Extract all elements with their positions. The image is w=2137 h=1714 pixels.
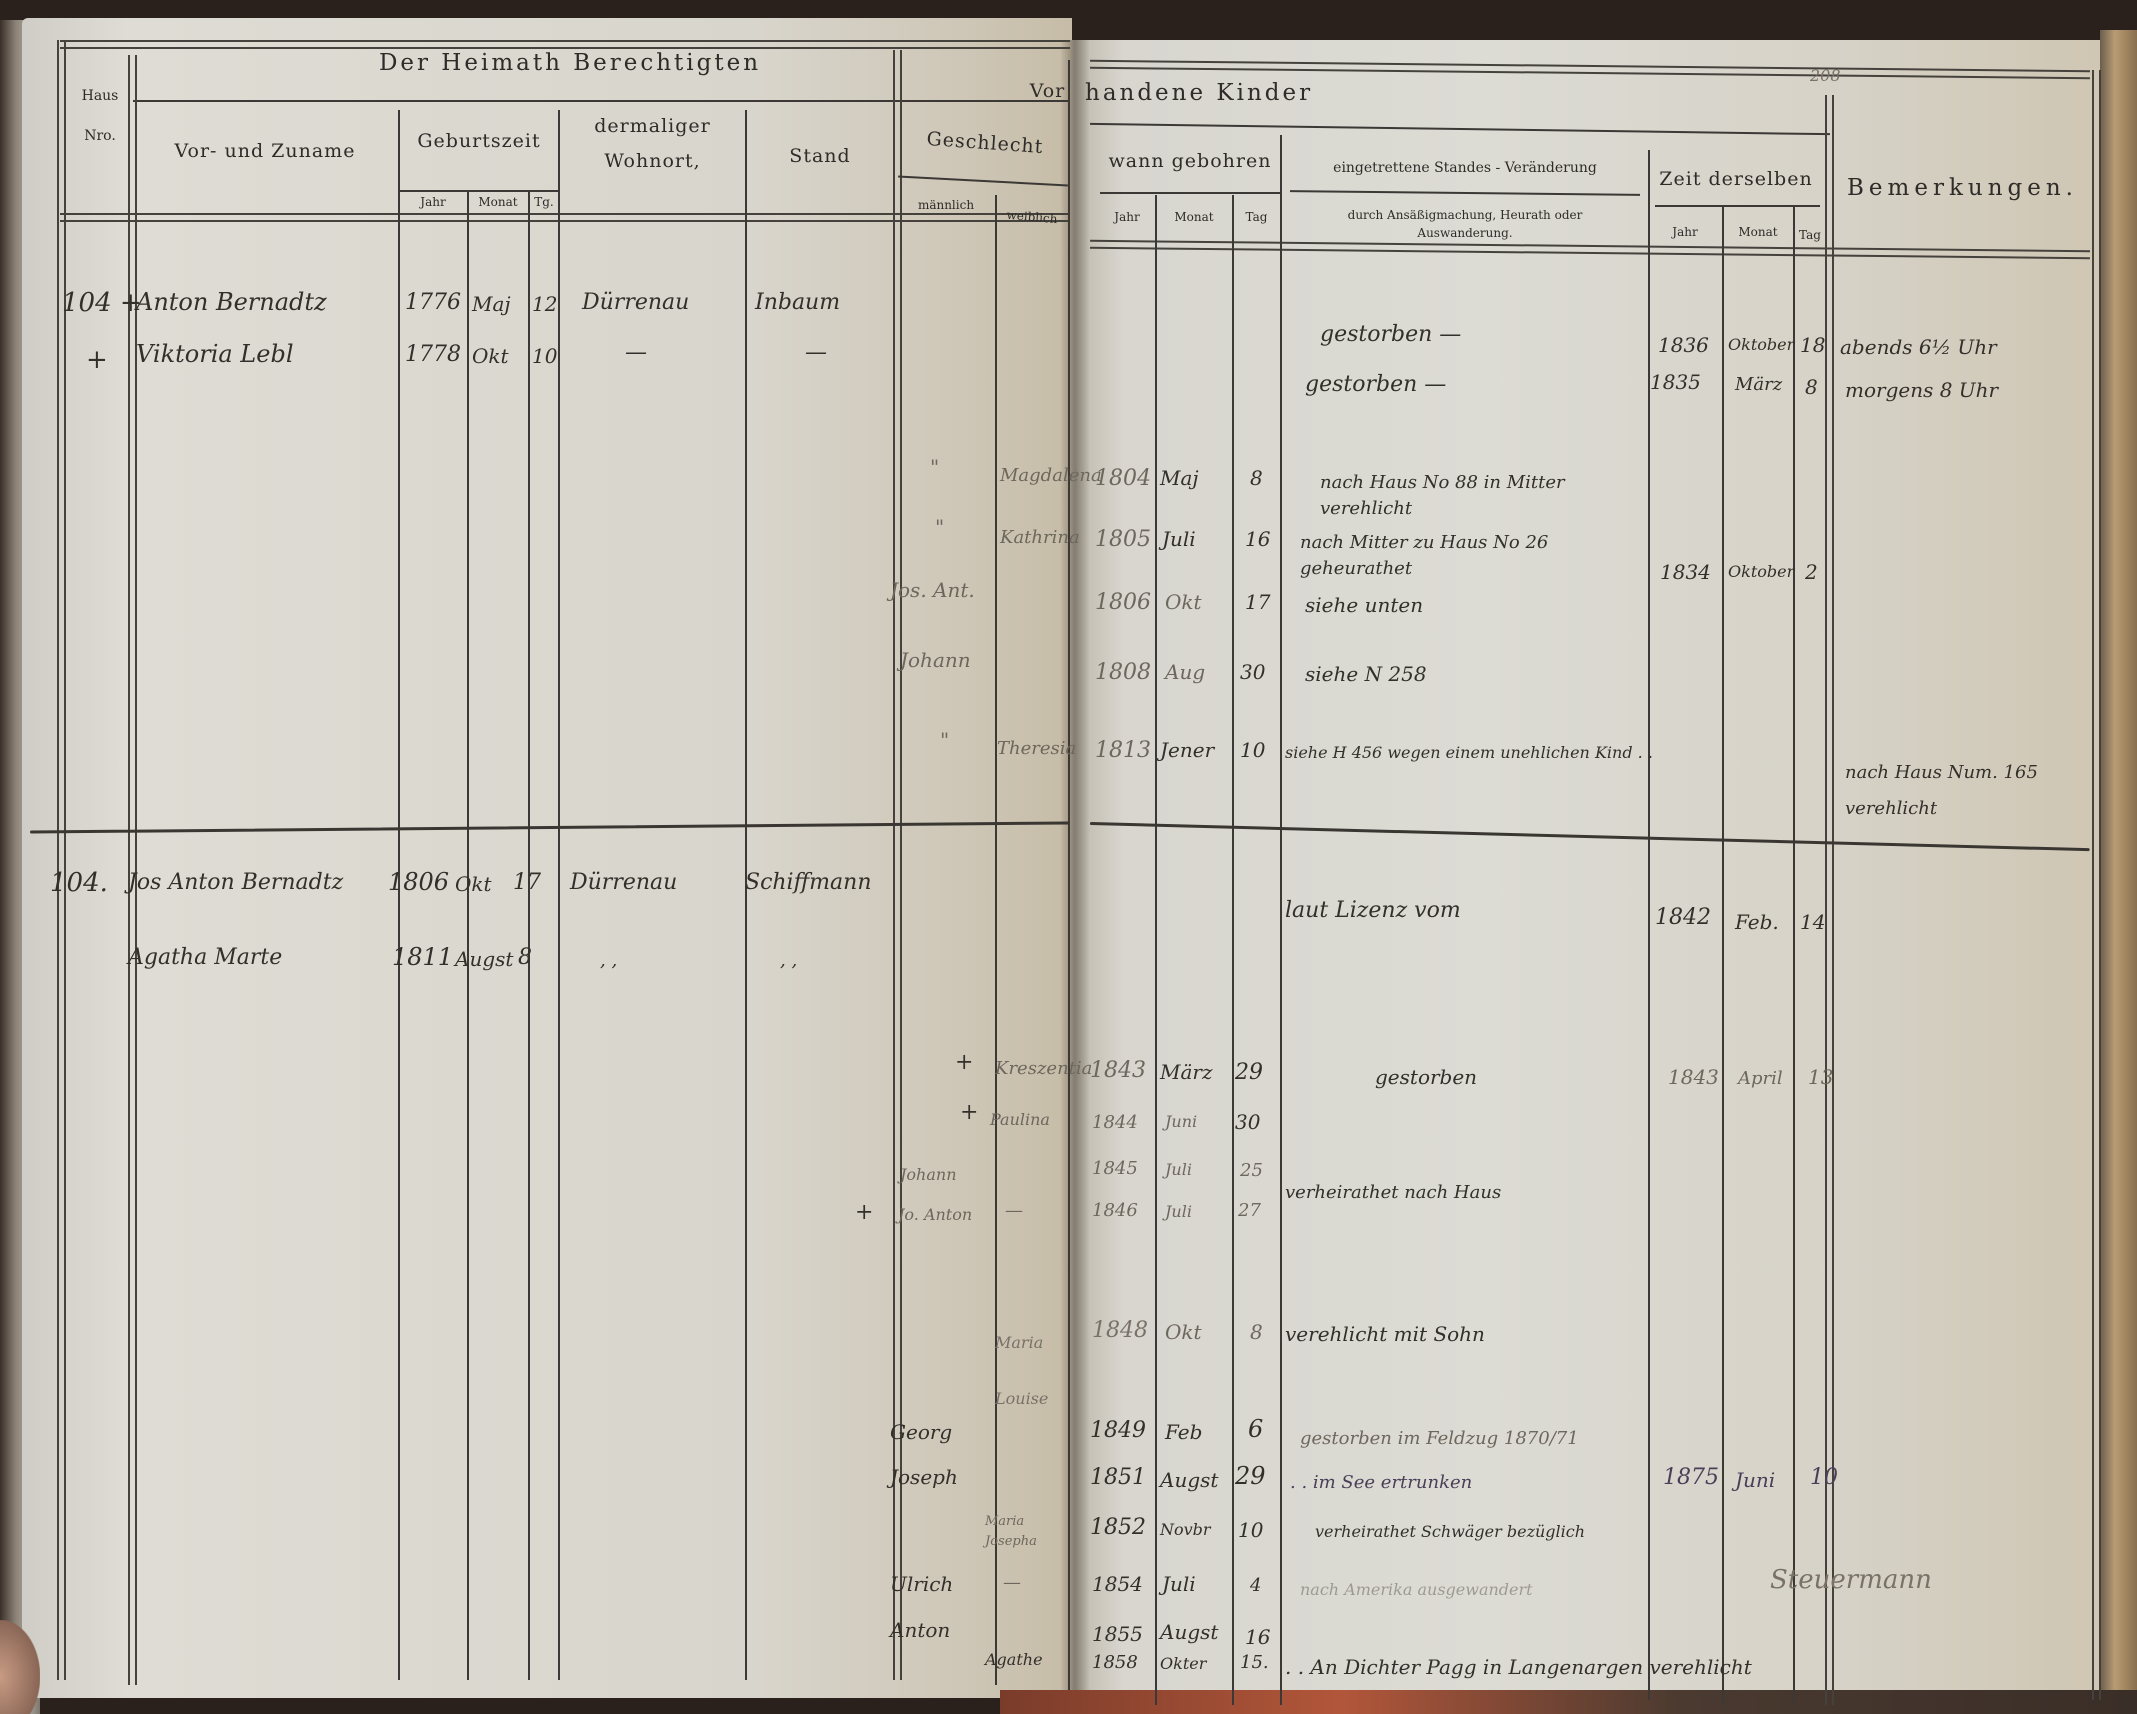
header-bottom-rule-left [60,213,1070,222]
child-birth-day: 27 [1238,1200,1261,1221]
child-birth-year: 1805 [1095,527,1151,552]
group-title-rule-left [133,100,1070,102]
remark: nach Haus Num. 165 verehlicht [1845,755,2065,827]
child-event: nach Amerika ausgewandert [1300,1580,1533,1599]
child-birth-year: 1844 [1092,1112,1138,1133]
child-event: verheirathet Schwäger bezüglich [1315,1522,1585,1541]
col-rule-jahr [467,190,469,1680]
parent-status: — [805,340,827,365]
child-birth-day: 25 [1240,1160,1263,1181]
col-header-stand: Stand [750,145,890,167]
child-birth-year: 1846 [1092,1200,1138,1221]
deceased-mark: + [960,1100,978,1125]
child-birth-day: 29 [1235,1462,1266,1490]
child-birth-month: Aug [1165,660,1205,684]
parent-status: , , [780,950,797,971]
event-month: Oktober [1728,562,1794,581]
child-female: Paulina [990,1110,1050,1129]
event-day: 2 [1805,560,1818,584]
child-male: " [935,515,944,539]
child-birth-year: 1852 [1090,1515,1146,1540]
parent-residence: — [625,340,647,365]
parent-name: Jos Anton Bernadtz [128,870,343,895]
child-female: Kreszentia [995,1058,1092,1079]
deceased-mark: + [955,1050,973,1075]
child-birth-year: 1808 [1095,660,1151,685]
child-birth-month: Juli [1162,1572,1196,1596]
deceased-mark: + [855,1200,873,1225]
parent-birth-year: 1806 [388,868,449,896]
child-female: Agathe [985,1650,1043,1669]
child-event: gestorben im Feldzug 1870/71 [1300,1428,1579,1449]
child-birth-year: 1851 [1090,1465,1146,1490]
child-female: — [1003,1572,1021,1593]
child-birth-day: 30 [1240,660,1265,684]
child-birth-year: 1813 [1095,738,1151,763]
col-rule-zeit-jahr [1722,205,1724,1705]
col-header-veraenderung-sub-2: Auswanderung. [1290,226,1640,240]
wann-gebohren-sub-rule [1100,192,1280,194]
col-rule-weiblich [1068,60,1070,1690]
right-page [1072,40,2102,1700]
child-birth-year: 1804 [1095,466,1151,491]
child-birth-day: 17 [1245,590,1270,614]
col-rule-tag [558,110,560,1680]
child-birth-year: 1854 [1092,1572,1143,1596]
child-male: Johann [900,1165,957,1184]
event-day: 18 [1800,333,1825,357]
event-day: 14 [1800,910,1825,934]
child-birth-month: Augst [1160,1620,1218,1644]
col-header-zeit-monat: Monat [1724,225,1792,239]
col-header-geb-jahr: Jahr [400,195,466,209]
left-page [22,18,1072,1698]
child-male: Joseph [890,1465,958,1489]
geburtszeit-sub-rule [398,190,558,192]
child-event: nach Mitter zu Haus No 26 geheurathet [1300,530,1640,582]
event-day: 8 [1805,375,1818,399]
parent-birth-month: Maj [472,292,511,316]
col-header-maennlich: männlich [898,198,994,212]
parent-name: Agatha Marte [128,945,282,970]
child-birth-day: 16 [1245,527,1270,551]
col-header-wohnort-2: Wohnort, [560,150,745,172]
event-year: 1835 [1650,370,1701,394]
haus-nro: 104 + [62,288,142,318]
group-title-kinder: handene Kinder [1085,80,1315,106]
child-birth-day: 6 [1248,1415,1263,1443]
top-border-rule-left [60,40,1070,49]
child-birth-year: 1848 [1092,1318,1148,1343]
col-header-haus: Haus [70,88,130,104]
child-female: Theresia [997,738,1076,759]
remark: abends 6½ Uhr [1840,335,1997,359]
child-birth-day: 15. [1240,1652,1269,1673]
child-male: " [930,455,939,479]
child-birth-month: Novbr [1160,1520,1211,1539]
child-female: — [1005,1200,1023,1221]
parent-name: Viktoria Lebl [136,340,294,368]
book-cover-edge-right [2100,30,2137,1714]
child-birth-year: 1843 [1090,1058,1146,1083]
event-year: 1875 [1663,1465,1719,1490]
child-male: Anton [890,1618,950,1642]
child-event: gestorben [1375,1065,1477,1089]
parent-name: Anton Bernadtz [136,288,327,316]
child-birth-day: 10 [1238,1518,1263,1542]
event-year: 1842 [1655,905,1711,930]
parent-birth-month: Okt [455,872,492,896]
parent-birth-day: 8 [518,945,532,970]
col-rule-kind-tag [1280,135,1282,1705]
parent-birth-month: Okt [472,344,509,368]
event-day: 13 [1808,1065,1833,1089]
event-day: 10 [1810,1465,1838,1490]
col-rule-kind-monat [1232,195,1234,1705]
parent-residence: Dürrenau [582,290,689,315]
parent-birth-month: Augst [455,947,513,971]
col-header-nro: Nro. [70,128,130,144]
col-rule-bemerkungen [1825,95,1834,1705]
col-header-wann-gebohren: wann gebohren [1100,150,1280,172]
child-male: Georg [890,1420,952,1444]
child-birth-year: 1855 [1092,1622,1143,1646]
book-cover-bottom [1000,1690,2137,1714]
col-rule-kind-jahr [1155,195,1157,1705]
child-male: Ulrich [890,1572,953,1596]
parent-status: Schiffmann [745,870,872,895]
child-event: verheirathet nach Haus [1285,1182,1501,1203]
event-year: 1834 [1660,560,1711,584]
child-event: siehe N 258 [1305,662,1427,686]
child-event: siehe unten [1305,593,1423,617]
child-birth-year: 1849 [1090,1418,1146,1443]
child-birth-month: Juli [1165,1202,1192,1221]
col-header-kind-jahr: Jahr [1100,210,1154,224]
col-header-geburtszeit: Geburtszeit [400,130,558,152]
col-rule-zeit-monat [1793,205,1795,1705]
child-event: siehe H 456 wegen einem unehlichen Kind … [1285,743,1653,762]
col-header-geb-monat: Monat [468,195,528,209]
col-header-bemerkungen: Bemerkungen. [1835,175,2090,201]
event-month: Feb. [1735,910,1779,934]
col-rule-monat [528,190,530,1680]
parent-birth-year: 1776 [405,290,461,315]
child-event: verehlicht mit Sohn [1285,1322,1485,1346]
child-birth-month: Okt [1165,590,1202,614]
parent-birth-day: 17 [513,870,541,895]
event-month: April [1738,1068,1783,1089]
parent-birth-day: 10 [532,344,557,368]
child-birth-day: 16 [1245,1625,1270,1649]
child-birth-year: 1858 [1092,1652,1138,1673]
col-header-zeit-derselben: Zeit derselben [1650,168,1822,190]
event-month: März [1735,374,1782,395]
parent-birth-day: 12 [532,292,557,316]
child-birth-day: 8 [1250,1320,1263,1344]
child-male: Johann [900,648,971,672]
col-header-veraenderung-sub-1: durch Ansäßigmachung, Heurath oder [1290,208,1640,222]
child-birth-month: Juli [1165,1160,1192,1179]
col-rule-wohnort [745,110,747,1680]
holding-finger [0,1620,40,1714]
child-male: " [940,728,949,752]
parent-residence: , , [600,950,617,971]
haus-nro: 104. [50,868,108,898]
parent-status: Inbaum [755,290,840,315]
parent-birth-year: 1778 [405,342,461,367]
child-birth-day: 8 [1250,466,1263,490]
deceased-mark: + [86,345,108,375]
left-outer-border [57,40,66,1680]
parent-event: laut Lizenz vom [1285,898,1461,923]
child-birth-day: 30 [1235,1110,1260,1134]
child-male: Jo. Anton [898,1205,972,1224]
child-birth-month: Okt [1165,1320,1202,1344]
child-event: . . An Dichter Pagg in Langenargen vereh… [1285,1655,1752,1679]
right-outer-border [2092,70,2101,1700]
parent-birth-year: 1811 [392,943,453,971]
child-event: nach Haus No 88 in Mitter verehlicht [1320,470,1650,522]
col-header-geb-tag: Tg. [529,195,559,209]
child-birth-day: 4 [1250,1575,1261,1596]
child-birth-month: Augst [1160,1468,1218,1492]
remark: Steuermann [1770,1565,1932,1595]
col-header-wohnort-1: dermaliger [560,115,745,137]
event-year: 1843 [1668,1065,1719,1089]
child-birth-day: 10 [1240,738,1265,762]
col-header-kind-tag: Tag [1234,210,1279,224]
col-header-veraenderung: eingetrettene Standes - Veränderung [1290,160,1640,176]
parent-event: gestorben — [1320,322,1461,347]
event-year: 1836 [1658,333,1709,357]
child-birth-month: Juni [1165,1112,1197,1131]
book-gutter [1060,40,1090,1700]
event-month: Juni [1735,1468,1775,1492]
child-birth-month: Feb [1165,1420,1202,1444]
group-title-heimath: Der Heimath Berechtigten [320,50,820,76]
child-birth-year: 1845 [1092,1158,1138,1179]
child-birth-day: 29 [1235,1060,1263,1085]
child-birth-month: Jener [1160,738,1214,762]
col-header-name: Vor- und Zuname [140,140,390,162]
col-rule-maennlich [995,195,997,1685]
child-birth-month: Juli [1162,527,1196,551]
child-birth-year: 1806 [1095,590,1151,615]
zeit-sub-rule [1655,205,1820,207]
parent-residence: Dürrenau [570,870,677,895]
group-title-vor: Vor [1025,80,1070,102]
child-female: Kathrina [1000,527,1080,548]
col-header-zeit-jahr: Jahr [1650,225,1720,239]
child-female: Maria Josepha [985,1512,1060,1552]
child-female: Magdalena [1000,465,1102,486]
remark: morgens 8 Uhr [1845,378,1998,402]
col-header-zeit-tag: Tag [1795,228,1825,242]
col-header-kind-monat: Monat [1157,210,1231,224]
child-female: Maria Louise [995,1315,1065,1427]
child-birth-month: Maj [1160,466,1199,490]
child-birth-month: März [1160,1060,1213,1084]
child-male: Jos. Ant. [890,578,975,602]
parent-event: gestorben — [1305,372,1446,397]
child-birth-month: Okter [1160,1654,1206,1673]
event-month: Oktober [1728,335,1794,354]
page-number: 208 [1810,66,1841,85]
child-event: . . im See ertrunken [1290,1472,1472,1493]
